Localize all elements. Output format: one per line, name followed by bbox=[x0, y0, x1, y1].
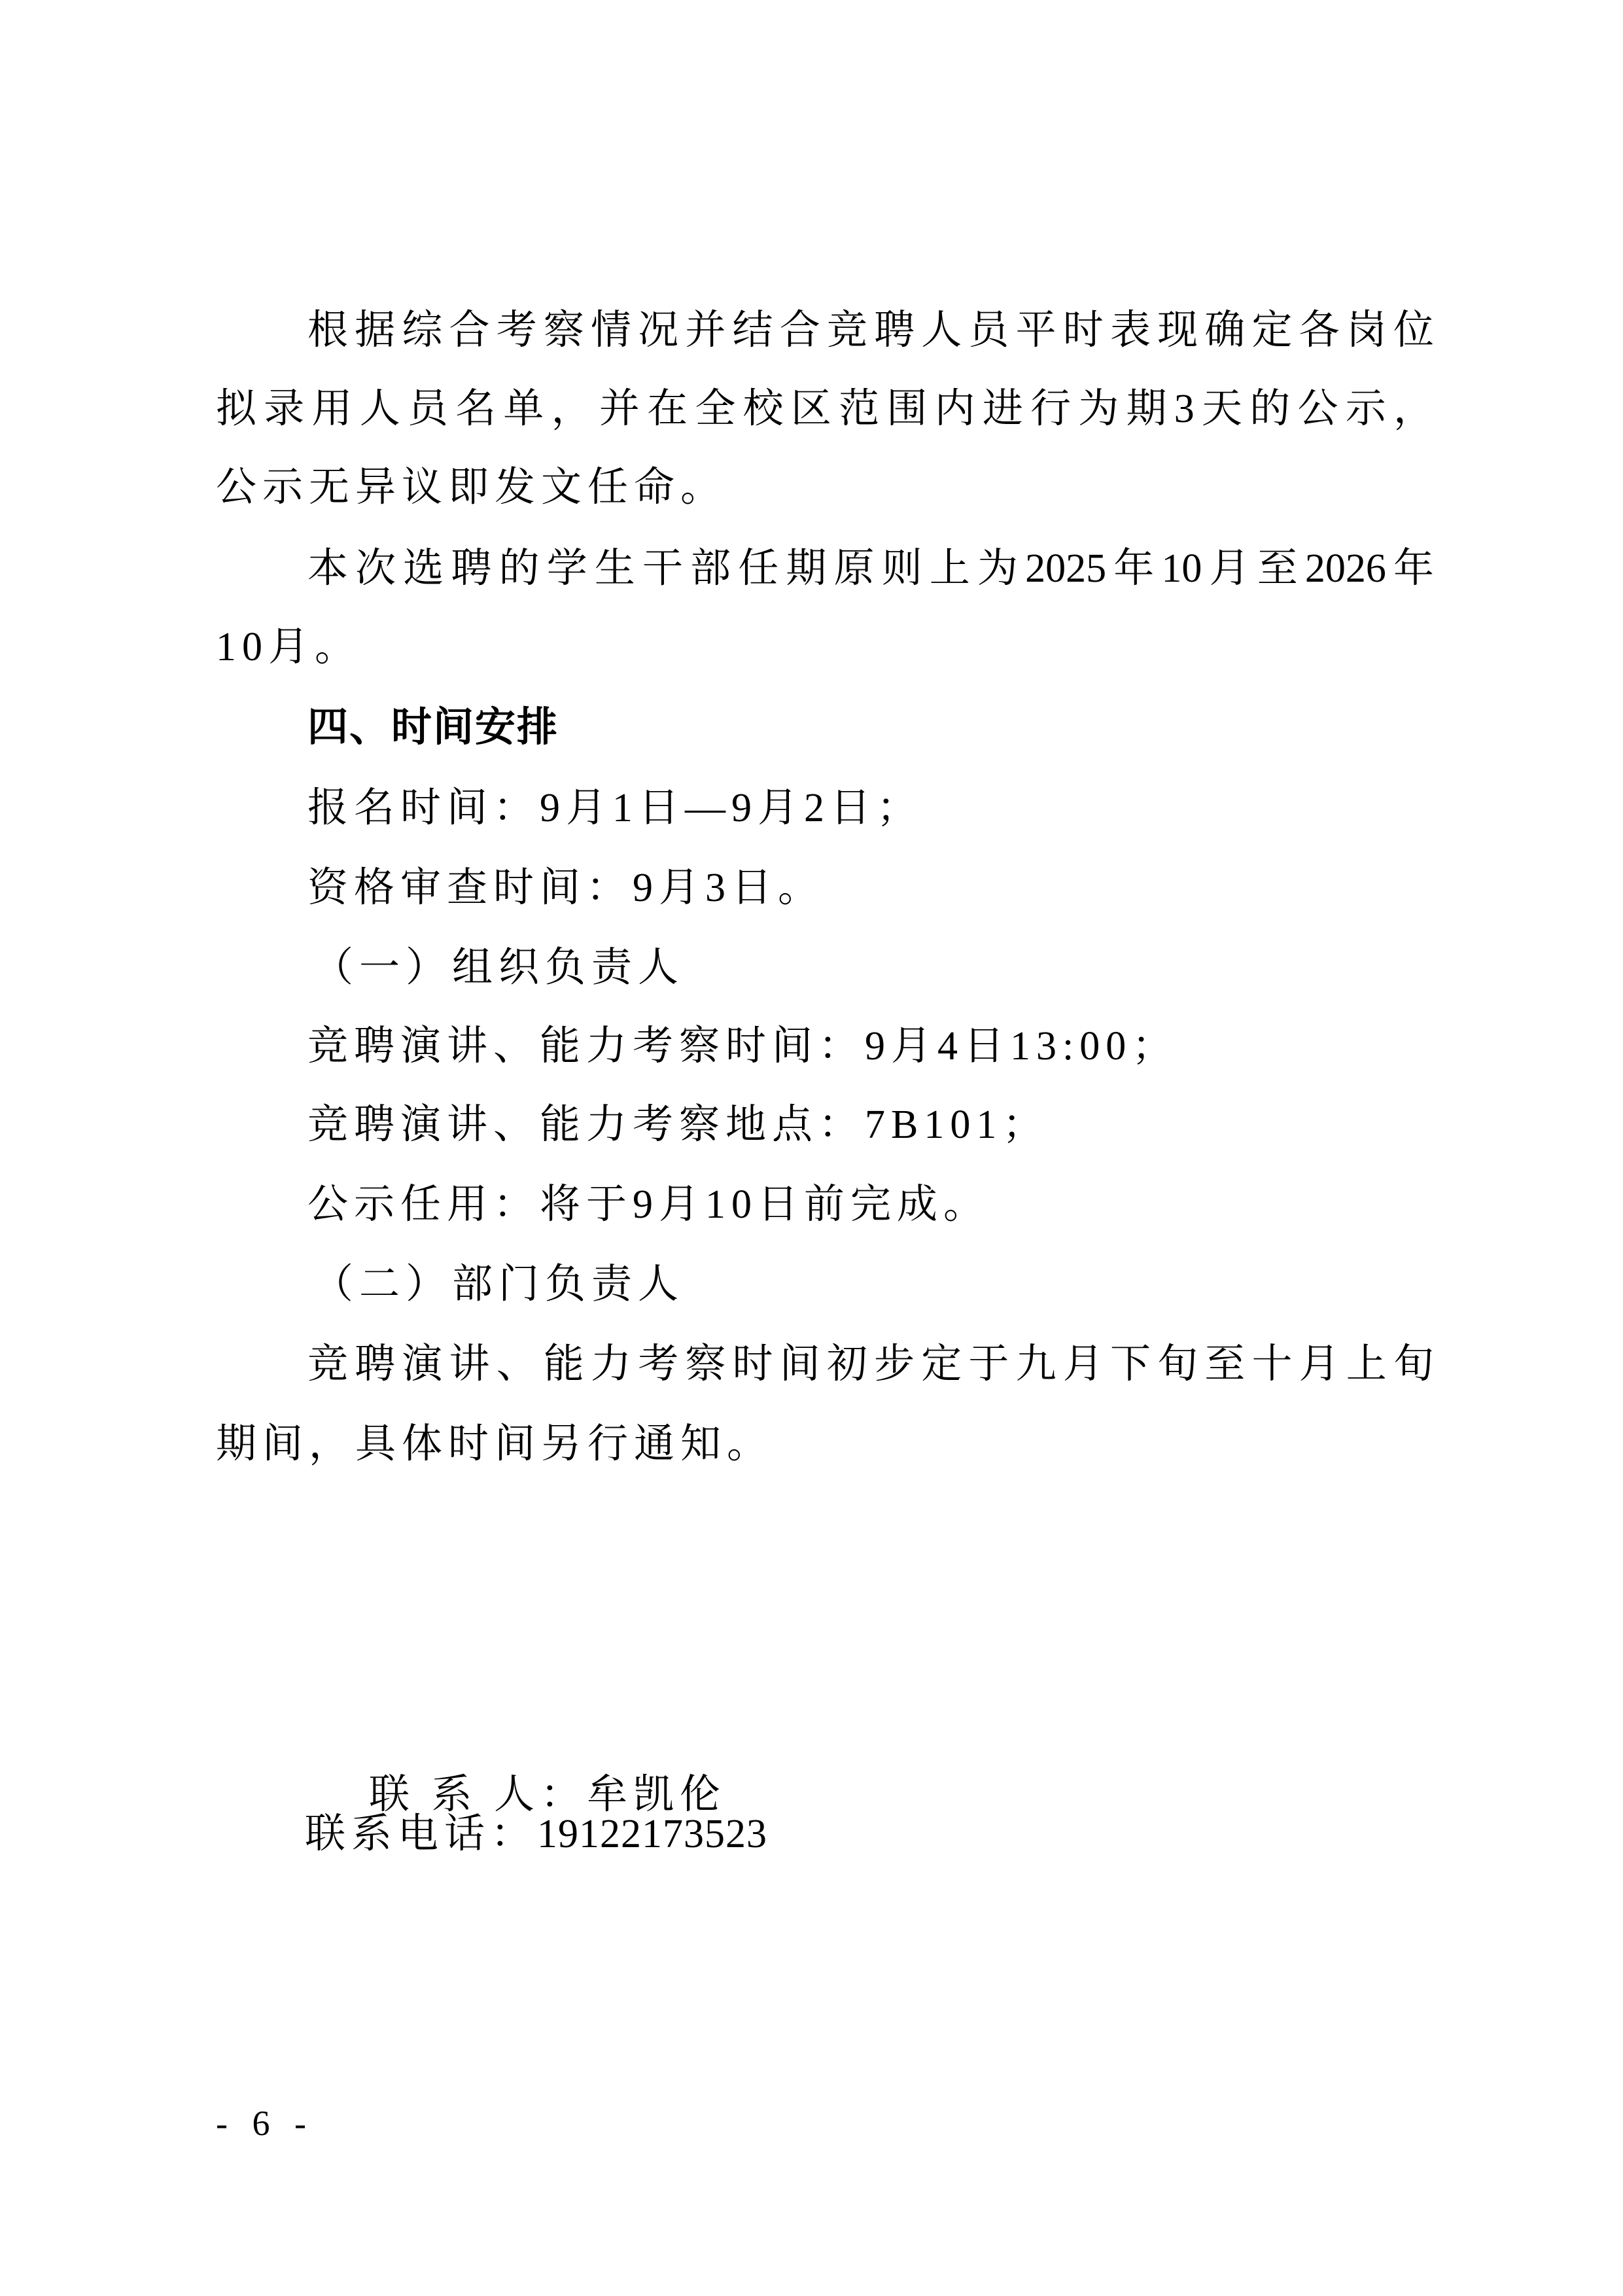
contact-phone-label: 联系电话： bbox=[305, 1812, 537, 1856]
org-leader-speech-time: 竞聘演讲、能力考察时间：9月4日13:00； bbox=[307, 1026, 1178, 1067]
subsection-2-title: （二）部门负责人 bbox=[313, 1264, 684, 1305]
contact-phone: 联系电话：19122173523 bbox=[305, 1814, 767, 1854]
document-page: 根据综合考察情况并结合竞聘人员平时表现确定各岗位 拟录用人员名单，并在全校区范围… bbox=[0, 0, 1623, 2296]
subsection-1-title: （一）组织负责人 bbox=[313, 947, 684, 988]
paragraph-1-line-2: 拟录用人员名单，并在全校区范围内进行为期3天的公示， bbox=[216, 389, 1434, 429]
paragraph-1-line-1: 根据综合考察情况并结合竞聘人员平时表现确定各岗位 bbox=[307, 310, 1434, 351]
org-leader-speech-location: 竞聘演讲、能力考察地点：7B101； bbox=[307, 1104, 1049, 1145]
qualification-review-time: 资格审查时间：9月3日。 bbox=[307, 868, 824, 908]
registration-time: 报名时间：9月1日—9月2日； bbox=[307, 788, 923, 828]
dept-leader-schedule-line-2: 期间，具体时间另行通知。 bbox=[216, 1424, 773, 1464]
contact-person-label: 联 系 人： bbox=[369, 1773, 587, 1817]
paragraph-2-line-2: 10月。 bbox=[216, 627, 361, 667]
page-number: - 6 - bbox=[216, 2106, 314, 2141]
section-heading-schedule: 四、时间安排 bbox=[307, 707, 559, 747]
paragraph-1-line-3: 公示无异议即发文任命。 bbox=[216, 467, 727, 508]
contact-person-name: 牟凯伦 bbox=[587, 1773, 726, 1817]
paragraph-2-line-1: 本次选聘的学生干部任期原则上为2025年10月至2026年 bbox=[307, 548, 1434, 589]
contact-phone-number: 19122173523 bbox=[537, 1812, 767, 1856]
org-leader-announcement: 公示任用：将于9月10日前完成。 bbox=[307, 1184, 990, 1225]
dept-leader-schedule-line-1: 竞聘演讲、能力考察时间初步定于九月下旬至十月上旬 bbox=[307, 1344, 1434, 1385]
